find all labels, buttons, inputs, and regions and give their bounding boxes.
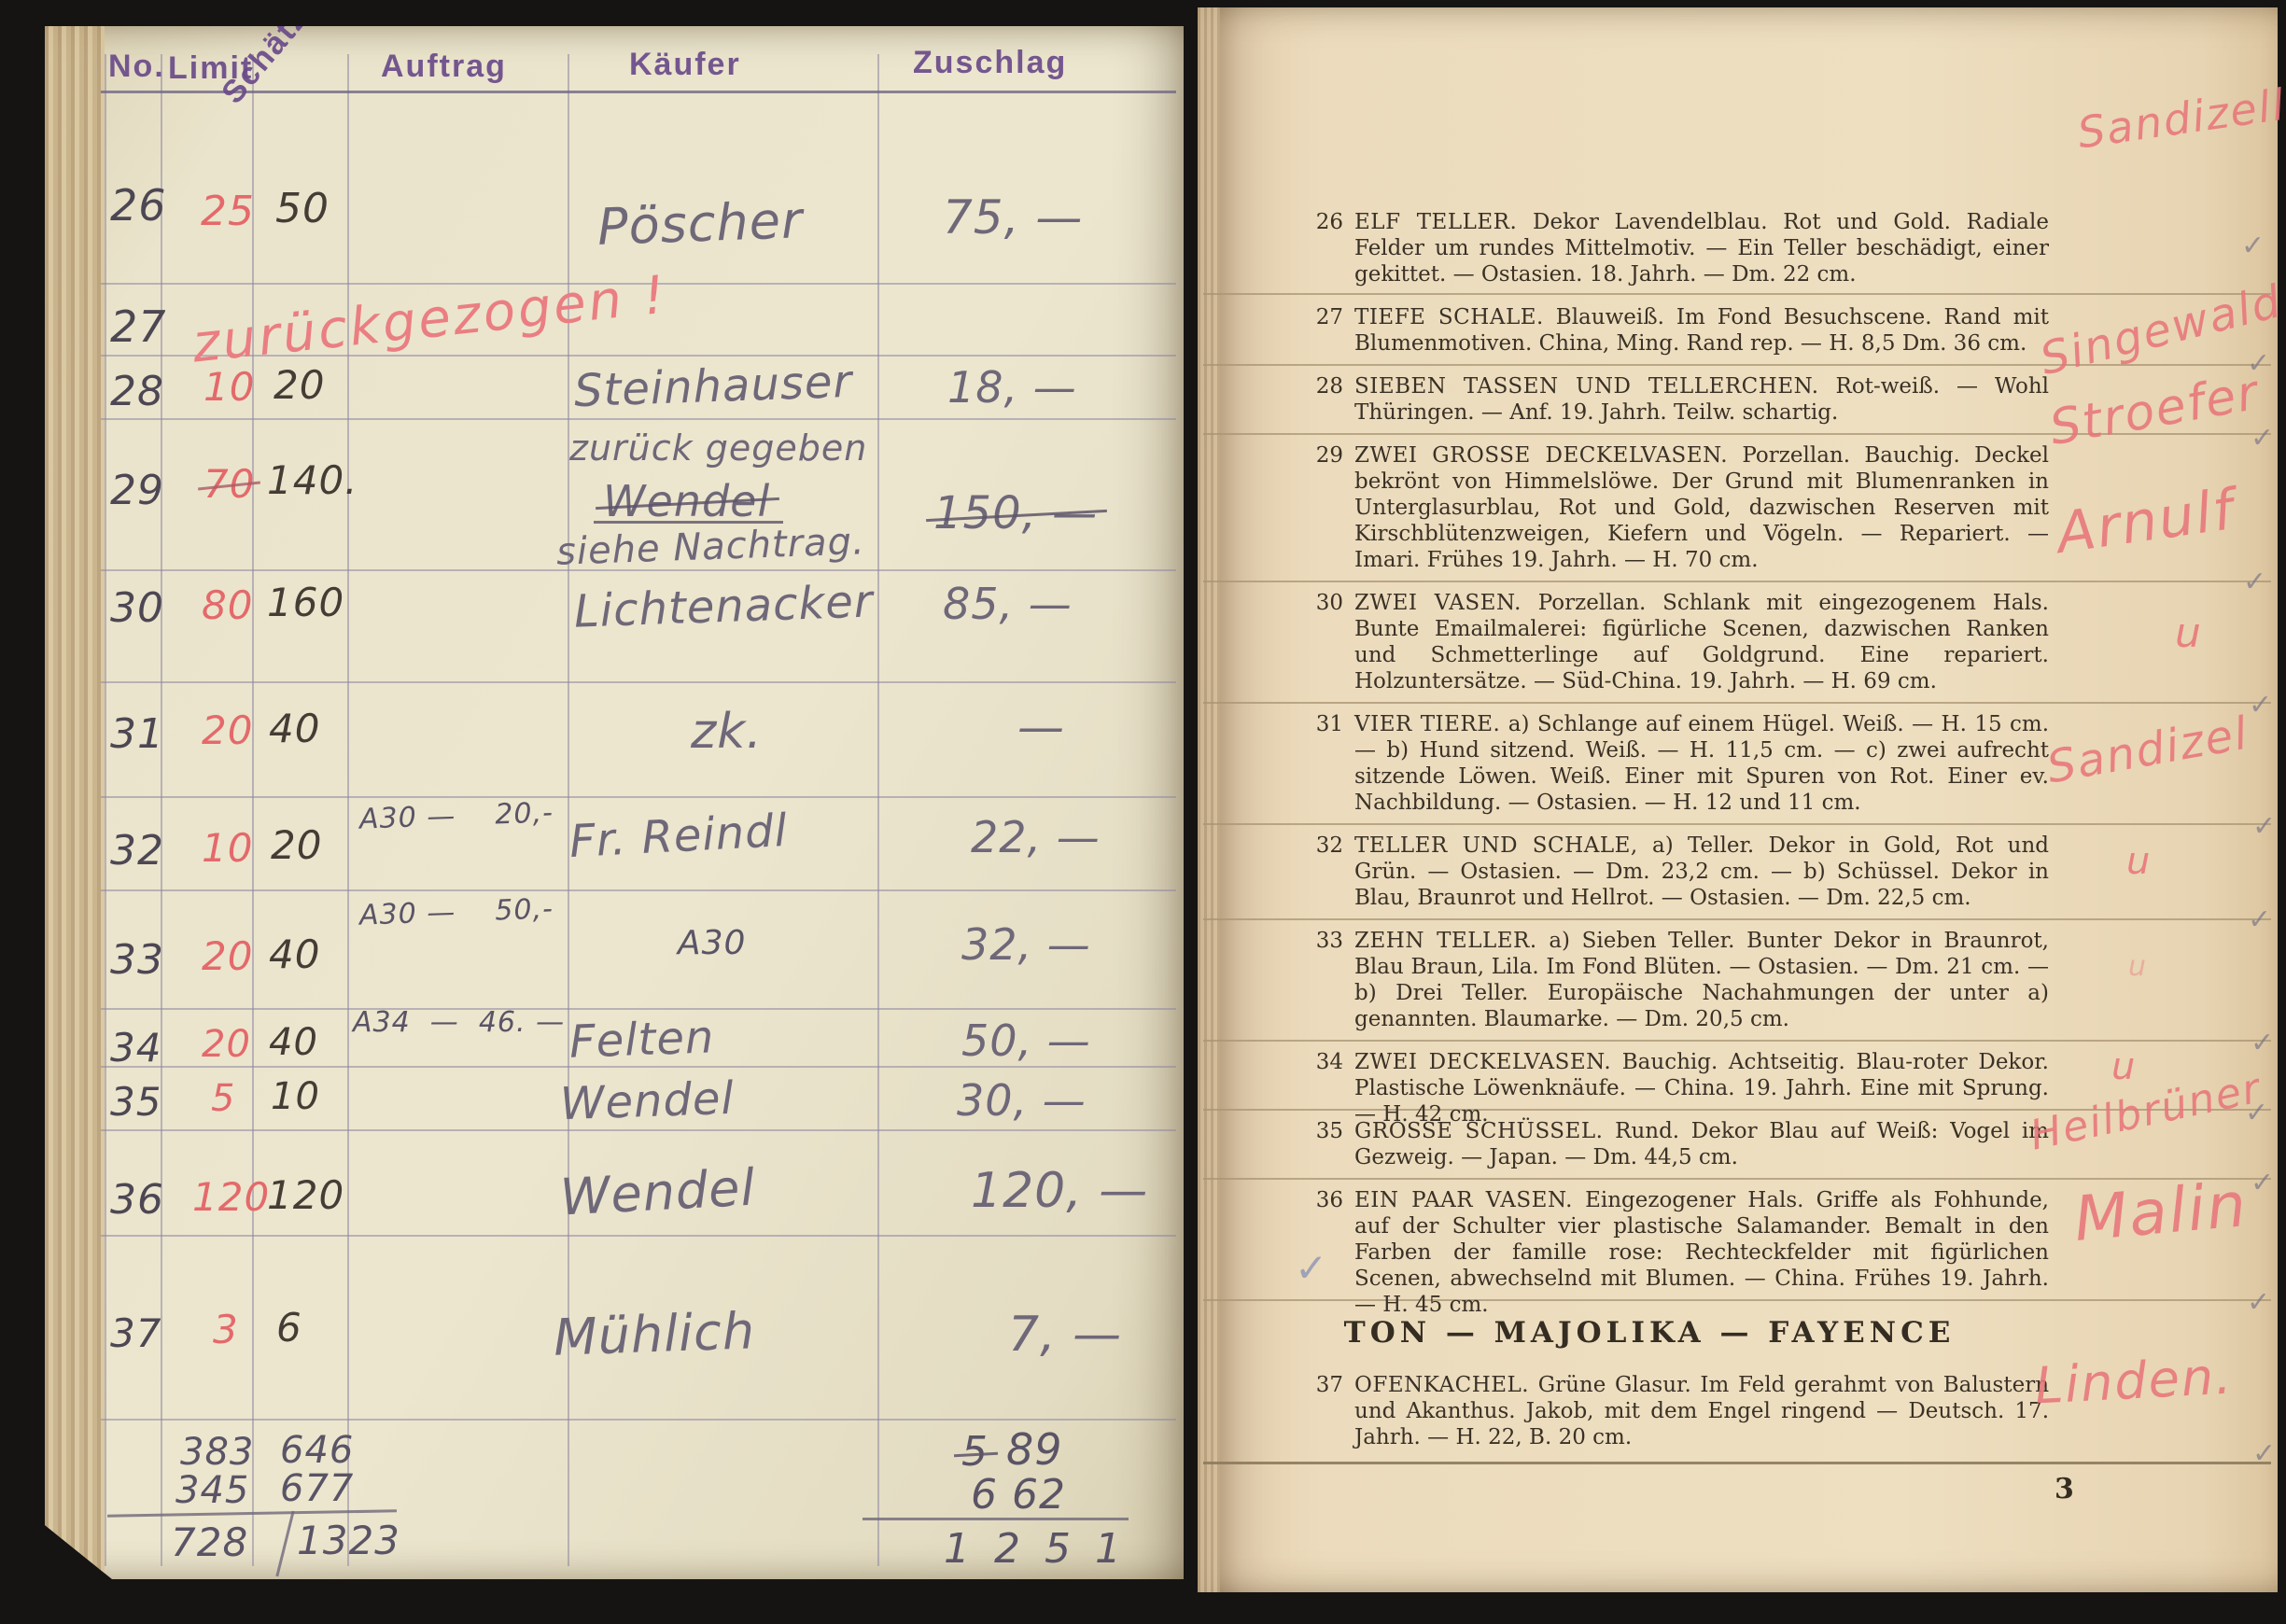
grid-line	[101, 889, 1176, 891]
margin-annotation-ditto: u	[2175, 609, 2203, 657]
estimate-cell: 20	[271, 822, 322, 868]
checkmark-icon: ✓	[2251, 1027, 2274, 1059]
lot-number-cell: 30	[110, 584, 164, 632]
catalog-lot-number: 34	[1302, 1049, 1343, 1075]
buyer-cell: Mühlich	[553, 1301, 756, 1366]
margin-annotation: Sandizel	[2043, 707, 2253, 793]
margin-annotation: Linden.	[2033, 1346, 2234, 1415]
limit-cell: 10	[203, 364, 255, 410]
lot-number-cell: 29	[110, 467, 164, 514]
estimate-cell: 40	[269, 1021, 318, 1064]
margin-annotation: Heilbrüner	[2026, 1064, 2265, 1159]
buyer-cell: Steinhauser	[573, 356, 853, 417]
limit-grand-total: 728	[171, 1519, 248, 1565]
catalog-entry-36: 36 EIN PAAR VASEN. Eingezogener Hals. Gr…	[1302, 1187, 2049, 1318]
limit-cell: 5	[211, 1077, 235, 1120]
estimate-subtotal-1: 646	[280, 1429, 354, 1472]
checkmark-icon: ✓	[2241, 230, 2265, 262]
buyer-cell: Wendel	[559, 1072, 736, 1130]
buyer-cell-struck: Wendel	[603, 476, 770, 526]
lot-number-cell: 32	[110, 827, 164, 875]
estimate-cell: 160	[267, 580, 344, 625]
hammer-price-cell: 120, —	[971, 1163, 1148, 1219]
grid-line	[347, 54, 349, 1566]
catalog-entry-35: 35 GROSSE SCHÜSSEL. Rund. Dekor Blau auf…	[1302, 1118, 2049, 1170]
catalog-lot-title: ZWEI GROSSE DECKELVASEN.	[1354, 443, 1728, 468]
catalog-page: 26 ELF TELLER. Dekor Lavendelblau. Rot u…	[1198, 7, 2278, 1592]
buyer-cell: Wendel	[558, 1158, 756, 1227]
hammer-price-cell: 85, —	[943, 579, 1073, 629]
lot-number-cell: 27	[110, 301, 167, 352]
lot-number-cell: 33	[110, 936, 164, 984]
page-fore-edge	[1198, 7, 1220, 1592]
hammer-price-cell: 30, —	[957, 1075, 1087, 1126]
checkmark-icon: ✓	[2252, 1437, 2276, 1470]
hammer-grand-total: 1 2 5 1	[944, 1525, 1127, 1573]
catalog-lot-number: 32	[1302, 833, 1343, 859]
catalog-entry-30: 30 ZWEI VASEN. Porzellan. Schlank mit ei…	[1302, 590, 2049, 694]
column-header-no: No.	[108, 49, 165, 85]
auction-ledger-page: No. Limit Schätz Auftrag Käufer Zuschlag…	[45, 26, 1184, 1579]
checkmark-icon: ✓	[1295, 1245, 1327, 1291]
lot-number-cell: 35	[110, 1079, 161, 1125]
hammer-price-cell: 7, —	[1008, 1307, 1122, 1363]
catalog-entry-31: 31 VIER TIERE. a) Schlange auf einem Hüg…	[1302, 711, 2049, 816]
catalog-lot-title: ZWEI VASEN.	[1354, 591, 1522, 615]
limit-cell-struck: 70	[203, 461, 255, 507]
entry-separator	[1203, 1178, 2271, 1180]
catalog-entry-34: 34 ZWEI DECKELVASEN. Bauchig. Achtseitig…	[1302, 1049, 2049, 1127]
lot-number-cell: 28	[110, 368, 164, 415]
catalog-lot-number: 27	[1302, 304, 1343, 330]
grid-line	[101, 418, 1176, 420]
hammer-totals-rule	[863, 1518, 1129, 1520]
catalog-lot-title: OFENKACHEL.	[1354, 1373, 1529, 1397]
checkmark-icon: ✓	[2251, 1167, 2274, 1199]
hammer-price-cell: 22, —	[971, 812, 1101, 862]
lot-number-cell: 37	[110, 1310, 161, 1356]
catalog-lot-title: VIER TIERE.	[1354, 712, 1500, 736]
buyer-cell: Lichtenacker	[573, 575, 874, 637]
catalog-entry-29: 29 ZWEI GROSSE DECKELVASEN. Porzellan. B…	[1302, 442, 2049, 573]
catalog-lot-title: ELF TELLER.	[1354, 210, 1517, 234]
buyer-note-see-addendum: siehe Nachtrag.	[555, 520, 865, 574]
catalog-lot-title: TELLER UND SCHALE,	[1354, 833, 1638, 858]
buyer-cell: A30	[678, 924, 746, 962]
buyer-cell: Felten	[568, 1011, 715, 1068]
limit-subtotal-2: 345	[175, 1469, 249, 1512]
estimate-cell: 120	[267, 1172, 344, 1218]
entry-separator	[1203, 823, 2271, 825]
checkmark-icon: ✓	[2243, 566, 2266, 598]
checkmark-icon: ✓	[2247, 1286, 2270, 1319]
hammer-price-cell: —	[1017, 700, 1065, 754]
catalog-entry-32: 32 TELLER UND SCHALE, a) Teller. Dekor i…	[1302, 833, 2049, 911]
catalog-lot-title: ZEHN TELLER.	[1354, 929, 1537, 953]
checkmark-icon: ✓	[2245, 1097, 2268, 1129]
hammer-subtotal-1: 89	[1006, 1424, 1063, 1475]
catalog-lot-title: GROSSE SCHÜSSEL.	[1354, 1119, 1603, 1143]
estimate-cell: 140.	[267, 457, 358, 503]
catalog-lot-title: SIEBEN TASSEN UND TELLERCHEN.	[1354, 374, 1819, 399]
catalog-entry-37: 37 OFENKACHEL. Grüne Glasur. Im Feld ger…	[1302, 1372, 2049, 1450]
catalog-lot-number: 26	[1302, 209, 1343, 235]
estimate-cell: 40	[269, 706, 320, 751]
hammer-total-carry: 5	[961, 1428, 989, 1476]
checkmark-icon: ✓	[2249, 689, 2272, 721]
margin-annotation-ditto: u	[2111, 1045, 2137, 1088]
hammer-price-cell: 18, —	[947, 362, 1077, 413]
section-heading: TON — MAJOLIKA — FAYENCE	[1302, 1316, 1997, 1350]
page-number: 3	[2055, 1473, 2074, 1505]
margin-annotation-ditto: u	[2126, 840, 2152, 883]
estimate-grand-total: 1323	[297, 1518, 400, 1563]
page-deckle-edge	[45, 26, 105, 1579]
estimate-subtotal-2: 677	[280, 1467, 354, 1510]
checkmark-icon: ✓	[2252, 810, 2276, 843]
grid-line	[101, 1419, 1176, 1421]
footer-rule	[1203, 1462, 2271, 1464]
grid-line	[105, 54, 106, 1566]
catalog-lot-number: 28	[1302, 373, 1343, 399]
catalog-lot-number: 36	[1302, 1187, 1343, 1213]
limit-cell: 3	[213, 1307, 239, 1352]
limit-cell: 20	[202, 1023, 251, 1066]
entry-separator	[1203, 702, 2271, 704]
lot-number-cell: 36	[110, 1176, 164, 1224]
catalog-lot-title: EIN PAAR VASEN.	[1354, 1188, 1573, 1212]
catalog-lot-number: 29	[1302, 442, 1343, 469]
grid-line	[101, 1235, 1176, 1237]
column-header-zuschlag: Zuschlag	[913, 45, 1067, 81]
withdrawn-note: zurückgezogen !	[189, 264, 670, 374]
estimate-cell: 50	[275, 185, 330, 232]
grid-line	[101, 796, 1176, 798]
grid-line	[101, 91, 1176, 93]
catalog-entry-28: 28 SIEBEN TASSEN UND TELLERCHEN. Rot-wei…	[1302, 373, 2049, 426]
limit-cell: 20	[202, 933, 253, 979]
limit-cell: 20	[202, 707, 253, 753]
hammer-price-cell: 75, —	[943, 190, 1083, 245]
checkmark-icon: ✓	[2247, 347, 2270, 380]
hammer-price-cell: 50, —	[961, 1015, 1091, 1066]
grid-line	[101, 1129, 1176, 1131]
limit-subtotal-1: 383	[180, 1431, 254, 1474]
catalog-entry-33: 33 ZEHN TELLER. a) Sieben Teller. Bunter…	[1302, 928, 2049, 1032]
estimate-cell: 40	[269, 931, 320, 977]
buyer-cell: Fr. Reindl	[568, 805, 790, 868]
entry-separator	[1203, 918, 2271, 920]
lot-number-cell: 31	[110, 710, 164, 758]
hammer-price-cell-struck: 150, —	[933, 487, 1098, 539]
checkmark-icon: ✓	[2248, 903, 2271, 936]
limit-cell: 10	[202, 825, 253, 871]
margin-annotation: Stroefer	[2046, 365, 2264, 456]
entry-separator	[1203, 293, 2271, 295]
entry-separator	[1203, 1040, 2271, 1042]
checkmark-icon: ✓	[2251, 422, 2274, 455]
grid-line	[252, 54, 254, 1566]
catalog-lot-title: TIEFE SCHALE.	[1354, 305, 1544, 329]
buyer-cell: zk.	[691, 704, 763, 760]
catalog-lot-number: 37	[1302, 1372, 1343, 1398]
catalog-lot-number: 35	[1302, 1118, 1343, 1144]
grid-line	[101, 681, 1176, 683]
margin-annotation: Arnulf	[2053, 477, 2238, 567]
catalog-entry-26: 26 ELF TELLER. Dekor Lavendelblau. Rot u…	[1302, 209, 2049, 287]
entry-separator	[1203, 581, 2271, 582]
catalog-lot-number: 31	[1302, 711, 1343, 737]
catalog-lot-number: 33	[1302, 928, 1343, 954]
limit-cell: 120	[192, 1174, 270, 1220]
estimate-cell: 10	[271, 1075, 320, 1118]
order-bid-cell: A30 — 20,-	[358, 796, 554, 835]
column-header-auftrag: Auftrag	[381, 49, 507, 85]
hammer-subtotal-2: 6 62	[971, 1471, 1066, 1519]
margin-annotation: Malin	[2071, 1169, 2251, 1255]
limit-cell: 80	[202, 582, 253, 628]
catalog-entry-27: 27 TIEFE SCHALE. Blauweiß. Im Fond Besuc…	[1302, 304, 2049, 357]
grid-line	[877, 54, 879, 1566]
catalog-lot-number: 30	[1302, 590, 1343, 616]
column-header-kaeufer: Käufer	[629, 47, 741, 83]
buyer-cell: Pöscher	[596, 190, 804, 257]
margin-annotation-ditto: u	[2128, 950, 2148, 983]
estimate-cell: 20	[273, 362, 325, 408]
totals-divider	[275, 1511, 294, 1577]
hammer-price-cell: 32, —	[961, 919, 1091, 970]
lot-number-cell: 26	[110, 180, 167, 231]
margin-annotation: Sandizell	[2074, 79, 2286, 159]
limit-cell: 25	[201, 188, 255, 235]
grid-line	[101, 1066, 1176, 1068]
order-bid-cell: A34 — 46. —	[353, 1006, 565, 1039]
lot-number-cell: 34	[110, 1025, 161, 1071]
catalog-lot-title: ZWEI DECKELVASEN.	[1354, 1050, 1611, 1074]
estimate-cell: 6	[276, 1305, 302, 1351]
buyer-note-returned: zurück gegeben	[569, 427, 867, 469]
book-photo: No. Limit Schätz Auftrag Käufer Zuschlag…	[0, 0, 2286, 1624]
order-bid-cell: A30 — 50,-	[358, 892, 554, 931]
grid-line	[101, 1008, 1176, 1010]
